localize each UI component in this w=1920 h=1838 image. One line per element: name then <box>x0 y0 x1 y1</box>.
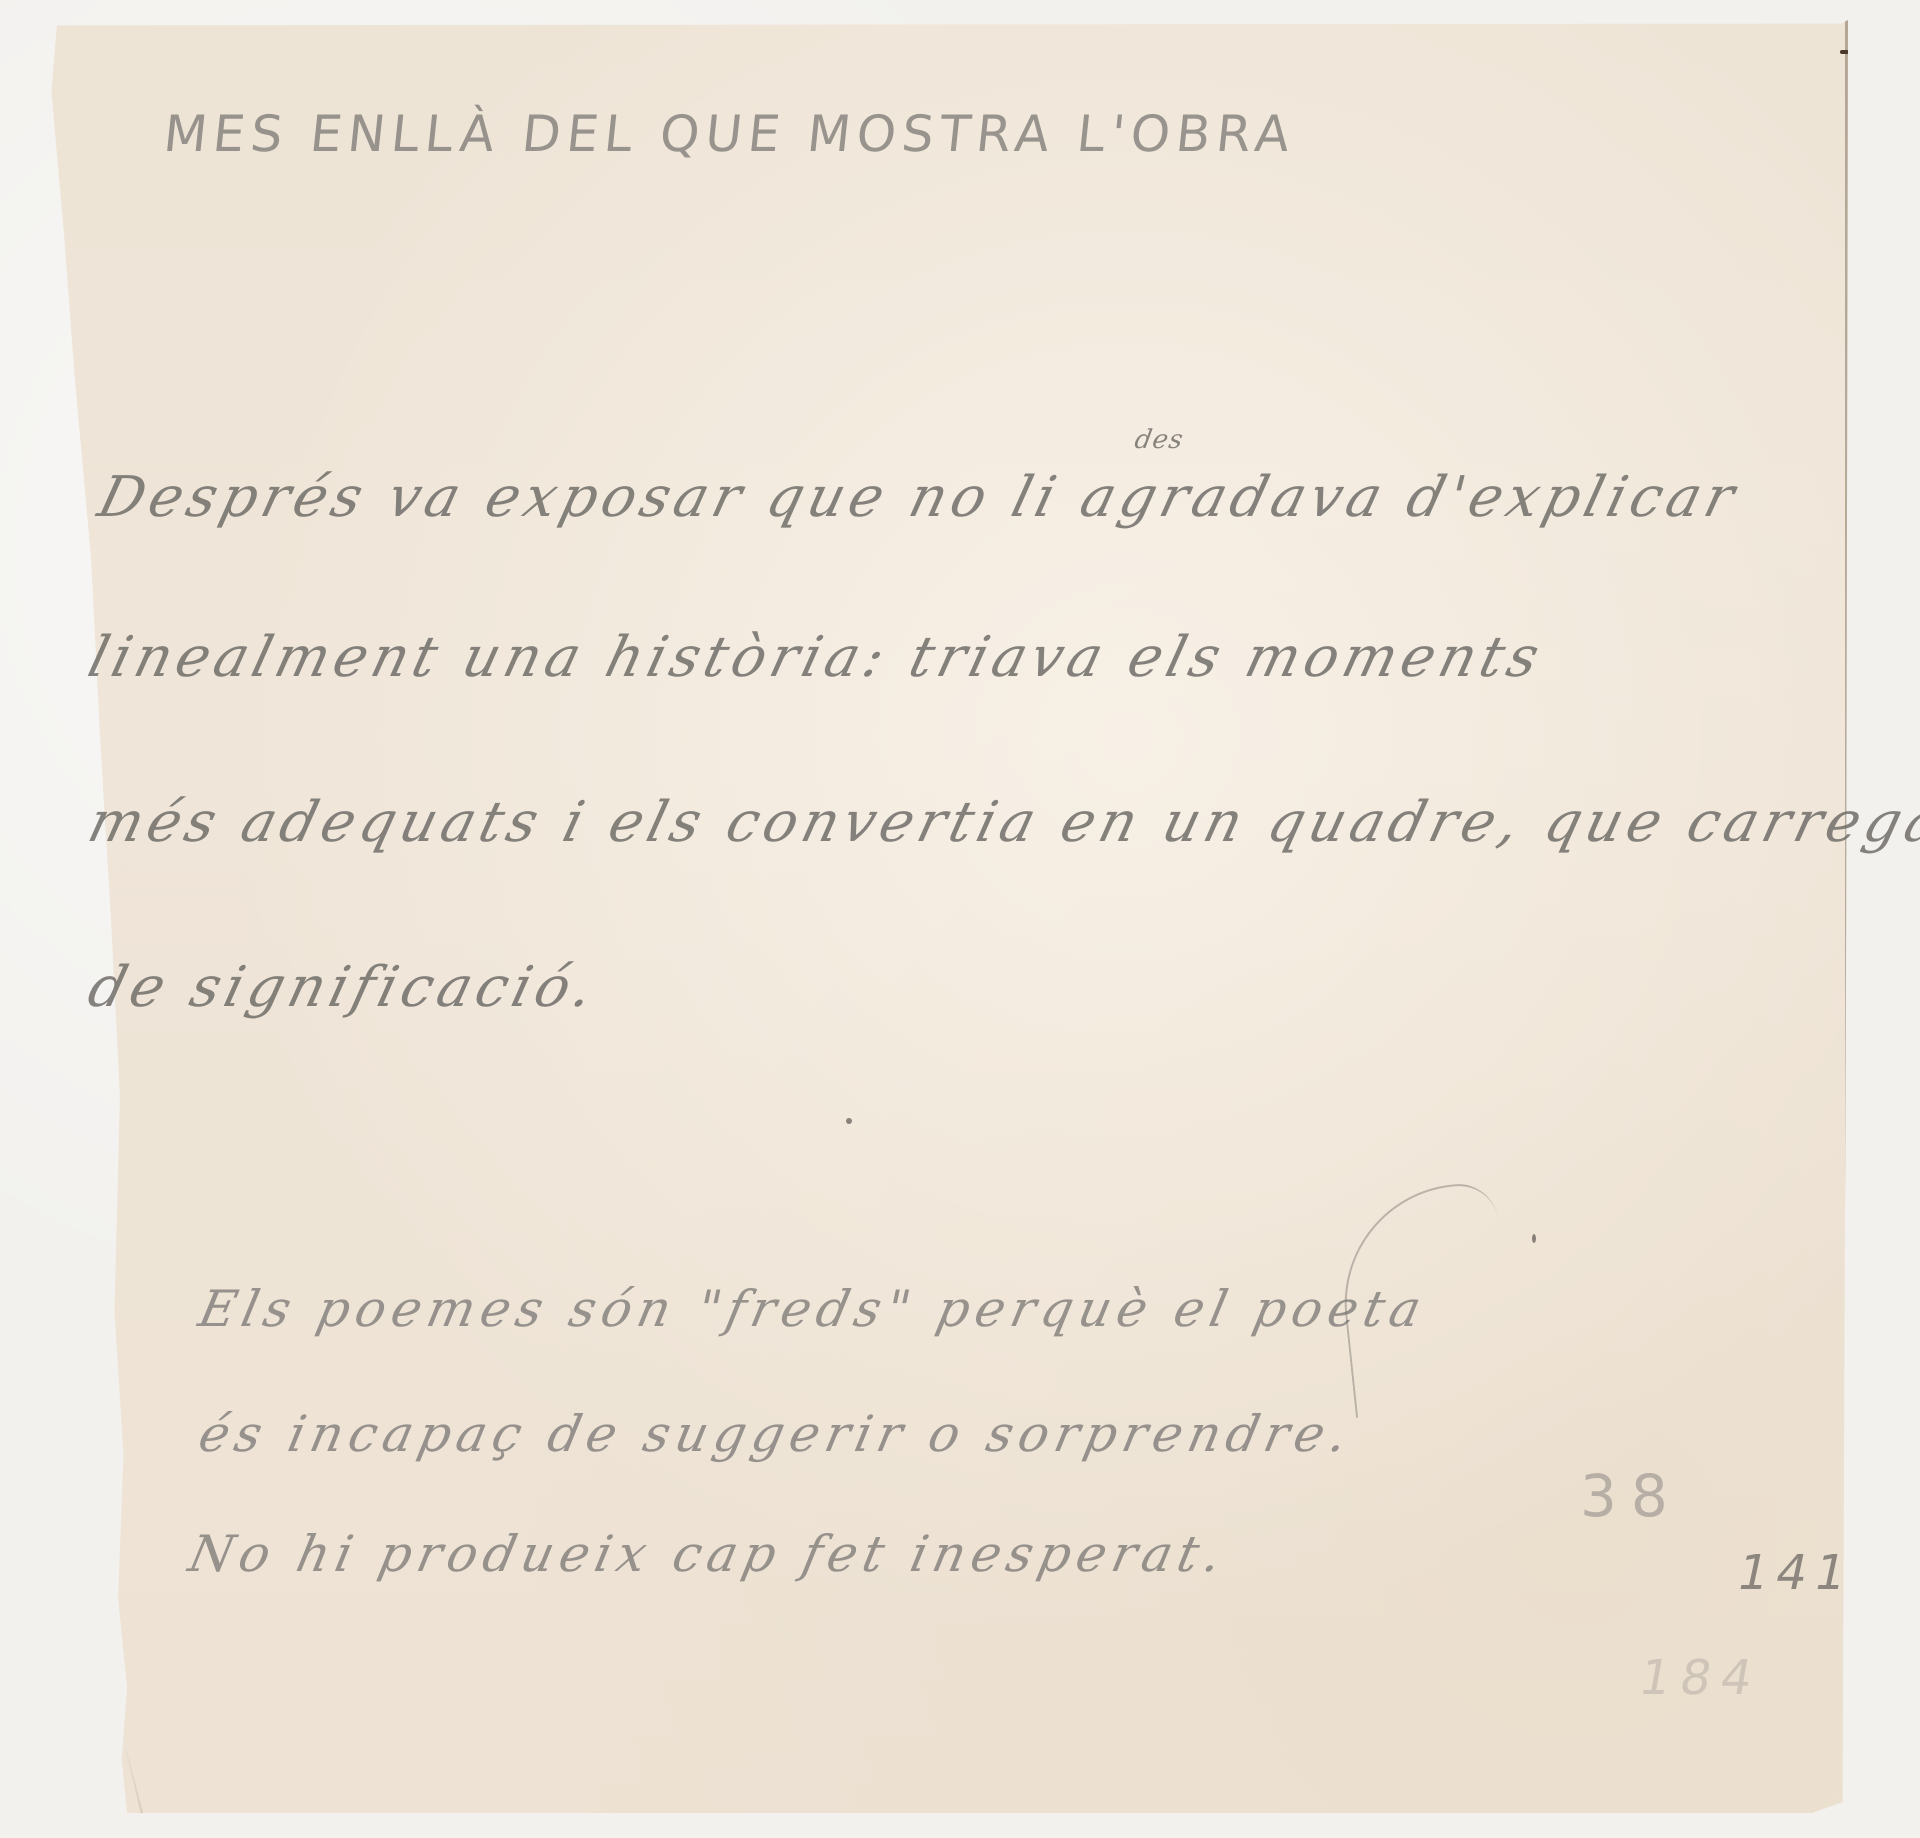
pencil-dot <box>1532 1234 1536 1243</box>
interlinear-insertion: des <box>1132 425 1186 455</box>
paragraph-2-line-3: No hi produeix cap fet inesperat. <box>184 1525 1233 1583</box>
paragraph-2-line-1: Els poemes són "freds" perquè el poeta <box>194 1280 1432 1338</box>
paragraph-1-line-1: Després va exposar que no li agradava d'… <box>92 465 1746 530</box>
faint-erased-number: 184 <box>1635 1650 1766 1706</box>
folio-number: 141 <box>1732 1545 1860 1601</box>
paragraph-1-line-2: linealment una història: triava els mome… <box>82 625 1550 690</box>
pencil-dot <box>846 1118 852 1124</box>
paragraph-1-line-4: de significació. <box>82 955 605 1020</box>
line-text: Després va exposar que no li agradava d'… <box>92 465 1746 530</box>
page-title: MES ENLLÀ DEL QUE MOSTRA L'OBRA <box>161 105 1298 163</box>
paragraph-1-line-3: més adequats i els convertia en un quadr… <box>82 790 1920 855</box>
paragraph-2-line-2: és incapaç de suggerir o sorprendre. <box>194 1405 1359 1463</box>
archive-number: 38 <box>1580 1462 1682 1530</box>
